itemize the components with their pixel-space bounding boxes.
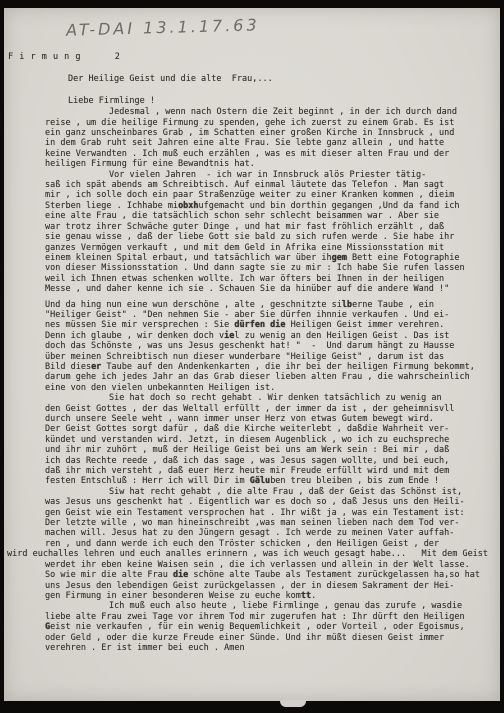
text-line: wird euchalles lehren und euch analles e… bbox=[7, 549, 500, 559]
text-line: saß ich spät abends am Schreibtisch. Auf… bbox=[45, 180, 500, 190]
text-run: Bild dies bbox=[45, 362, 91, 372]
text-line: Jedesmal , wenn nach Ostern die Zeit beg… bbox=[45, 107, 500, 117]
text-run: nes müssen Sie mir versprechen : Sie bbox=[45, 320, 234, 330]
text-run: einem kleinen Spital erbaut, und tatsäch… bbox=[45, 253, 332, 263]
text-run: eist nie verkaufen , für ein wenig Beque… bbox=[50, 622, 465, 632]
text-line: Siw hat recht gehabt , die alte Frau , d… bbox=[45, 487, 500, 497]
text-line: ein ganz unscheinbares Grab , im Schatte… bbox=[45, 128, 500, 138]
text-line: Geist nie verkaufen , für ein wenig Bequ… bbox=[45, 622, 500, 632]
text-line: Messe , und daher kenne ich sie . Schaue… bbox=[45, 284, 500, 294]
text-line: heiligen Firmung für eine Bewandtnis hat… bbox=[45, 159, 500, 169]
overstrike-text: tt bbox=[301, 591, 311, 601]
text-line: durch unsere Seele weht , wann immer uns… bbox=[45, 414, 500, 424]
text-run: Denn ich glaube , wir denken doch v bbox=[45, 331, 224, 341]
text-line: Ich muß euch also heute , liebe Firmling… bbox=[45, 601, 500, 611]
text-line: Sie hat doch so recht gehabt . Wir denke… bbox=[45, 393, 500, 403]
text-line: gen Firmung in einer besonderen Weise zu… bbox=[45, 591, 500, 601]
text-line: So wie mir die alte Frau die schöne alte… bbox=[45, 570, 500, 580]
overstrike-text: gem bbox=[332, 253, 347, 263]
text-line: gen Geist wie ein Testament versprochen … bbox=[45, 508, 500, 518]
text-line: den Geist Gottes , der das Weltall erfül… bbox=[45, 404, 500, 414]
text-line: oder Geld , oder die kurze Freude einer … bbox=[45, 633, 500, 643]
overstrike-text: Gälu bbox=[250, 476, 270, 486]
text-run: ben treu bleiben , bis zum Ende ! bbox=[270, 476, 439, 486]
page-edge-notch bbox=[280, 700, 306, 707]
text-run: Bett eine Fotographie bbox=[347, 253, 460, 263]
text-line: Der Geist Gottes sorgt dafür , daß die K… bbox=[45, 424, 500, 434]
text-line: kündet und verstanden wird. Jetzt, in di… bbox=[45, 435, 500, 445]
text-line: Und da hing nun eine wun derschöne , alt… bbox=[45, 300, 500, 310]
text-line: weil ich Ihnen etwas schenken wollte. Ic… bbox=[45, 274, 500, 284]
text-line: daß ihr mich versteht , daß euer Herz he… bbox=[45, 466, 500, 476]
text-line: machen will. Jesus hat zu den Jüngern ge… bbox=[45, 528, 500, 538]
text-line: verehren . Er ist immer bei euch . Amen bbox=[45, 643, 500, 653]
text-line: ganzes Vermögen verkauft , und mit dem G… bbox=[45, 243, 500, 253]
text-line: F i r m u n g 2 bbox=[8, 52, 500, 62]
text-run: l zu wenig an den Heiligen Geist . Das i… bbox=[234, 331, 449, 341]
text-line: ich das Rechte reede , daß ich das sage … bbox=[45, 456, 500, 466]
text-line: Vor vielen Jahren - ich war in Innsbruck… bbox=[45, 170, 500, 180]
text-line: mir , ich solle doch ein paar Straßenzüg… bbox=[45, 190, 500, 200]
text-run: Sterben liege . Ichhabe mi bbox=[45, 201, 178, 211]
document-page: AT-DAI 13.1.17.63 F i r m u n g 2Der Hei… bbox=[4, 8, 500, 701]
overstrike-text: er bbox=[91, 362, 101, 372]
typewritten-text-block: F i r m u n g 2Der Heilige Geist und die… bbox=[4, 8, 500, 653]
text-line: ren , und dann werde ich euch den Tröste… bbox=[45, 539, 500, 549]
overstrike-text: lb bbox=[342, 300, 352, 310]
text-line: Liebe Firmlinge ! bbox=[68, 96, 500, 106]
text-line: Der letzte wille , wo man hineinschreibt… bbox=[45, 518, 500, 528]
text-line: uns Jesus den lebendigen Geist zurückgel… bbox=[45, 581, 500, 591]
text-line: werdet ihr eben keine Waisen sein , die … bbox=[45, 560, 500, 570]
text-line: liebe alte Frau zwei Tage vor ihrem Tod … bbox=[45, 612, 500, 622]
text-run: Taube auf den Andenkenkarten , die ihr b… bbox=[101, 362, 475, 372]
text-run: So wie mir die alte Frau bbox=[45, 570, 173, 580]
text-run: gen Firmung in einer besonderen Weise zu… bbox=[45, 591, 301, 601]
text-line: Der Heilige Geist und die alte Frau,... bbox=[68, 74, 500, 84]
text-run: ufgemacht und bin dorthin gegangen ,Und … bbox=[199, 201, 460, 211]
overstrike-text: die bbox=[173, 570, 188, 580]
text-line: in dem Grab ruht seit Jahren eine alte F… bbox=[45, 138, 500, 148]
text-run: schöne alte Taube als Testament zurückge… bbox=[188, 570, 480, 580]
text-run: festen Entschluß : Herr ich will Dir im bbox=[45, 476, 250, 486]
text-line: reise , um die heilige Firmung zu spende… bbox=[45, 118, 500, 128]
overstrike-text: ie bbox=[224, 331, 234, 341]
text-line: über meinen Schreibtisch nun dieser wund… bbox=[45, 352, 500, 362]
text-line: darum gehe ich jedes Jahr an das Grab di… bbox=[45, 372, 500, 382]
text-line: sie genau wisse , daß der liebe Gott sie… bbox=[45, 232, 500, 242]
text-line: Denn ich glaube , wir denken doch viel z… bbox=[45, 331, 500, 341]
text-line: Bild dieser Taube auf den Andenkenkarten… bbox=[45, 362, 500, 372]
text-line: und ihr mir zuhört , muß der Heilige Gei… bbox=[45, 445, 500, 455]
text-line: was Jesus uns geschenkt hat . Eigentlich… bbox=[45, 497, 500, 507]
scan-background: { "annotation": "AT-DAI 13.1.17.63", "do… bbox=[0, 0, 504, 713]
text-line: Sterben liege . Ichhabe miobxhufgemacht … bbox=[45, 201, 500, 211]
text-line: nes müssen Sie mir versprechen : Sie dür… bbox=[45, 320, 500, 330]
text-line: keine Verwandten . Ich muß euch erzählen… bbox=[45, 149, 500, 159]
text-run: erne Taube , ein bbox=[352, 300, 434, 310]
overstrike-text: dürfen die bbox=[234, 320, 285, 330]
text-line: von dieser Missionsstation . Und dann sa… bbox=[45, 263, 500, 273]
overstrike-text: obxh bbox=[178, 201, 198, 211]
text-line: "Heiliger Geist" . "Den nehmen Sie - abe… bbox=[45, 310, 500, 320]
text-line: war trotz ihrer Schwäche guter Dinge , u… bbox=[45, 222, 500, 232]
text-run: . bbox=[311, 591, 316, 601]
text-line: einem kleinen Spital erbaut, und tatsäch… bbox=[45, 253, 500, 263]
text-run: Heiligen Geist immer verehren. bbox=[286, 320, 445, 330]
text-line: eine alte Frau , die tatsächlich schon s… bbox=[45, 211, 500, 221]
text-line: eine von den vielen unbekannten Heiligen… bbox=[45, 383, 500, 393]
text-line: festen Entschluß : Herr ich will Dir im … bbox=[45, 476, 500, 486]
text-run: Und da hing nun eine wun derschöne , alt… bbox=[45, 300, 342, 310]
text-line: doch das Schönste , was uns Jesus gesche… bbox=[45, 341, 500, 351]
